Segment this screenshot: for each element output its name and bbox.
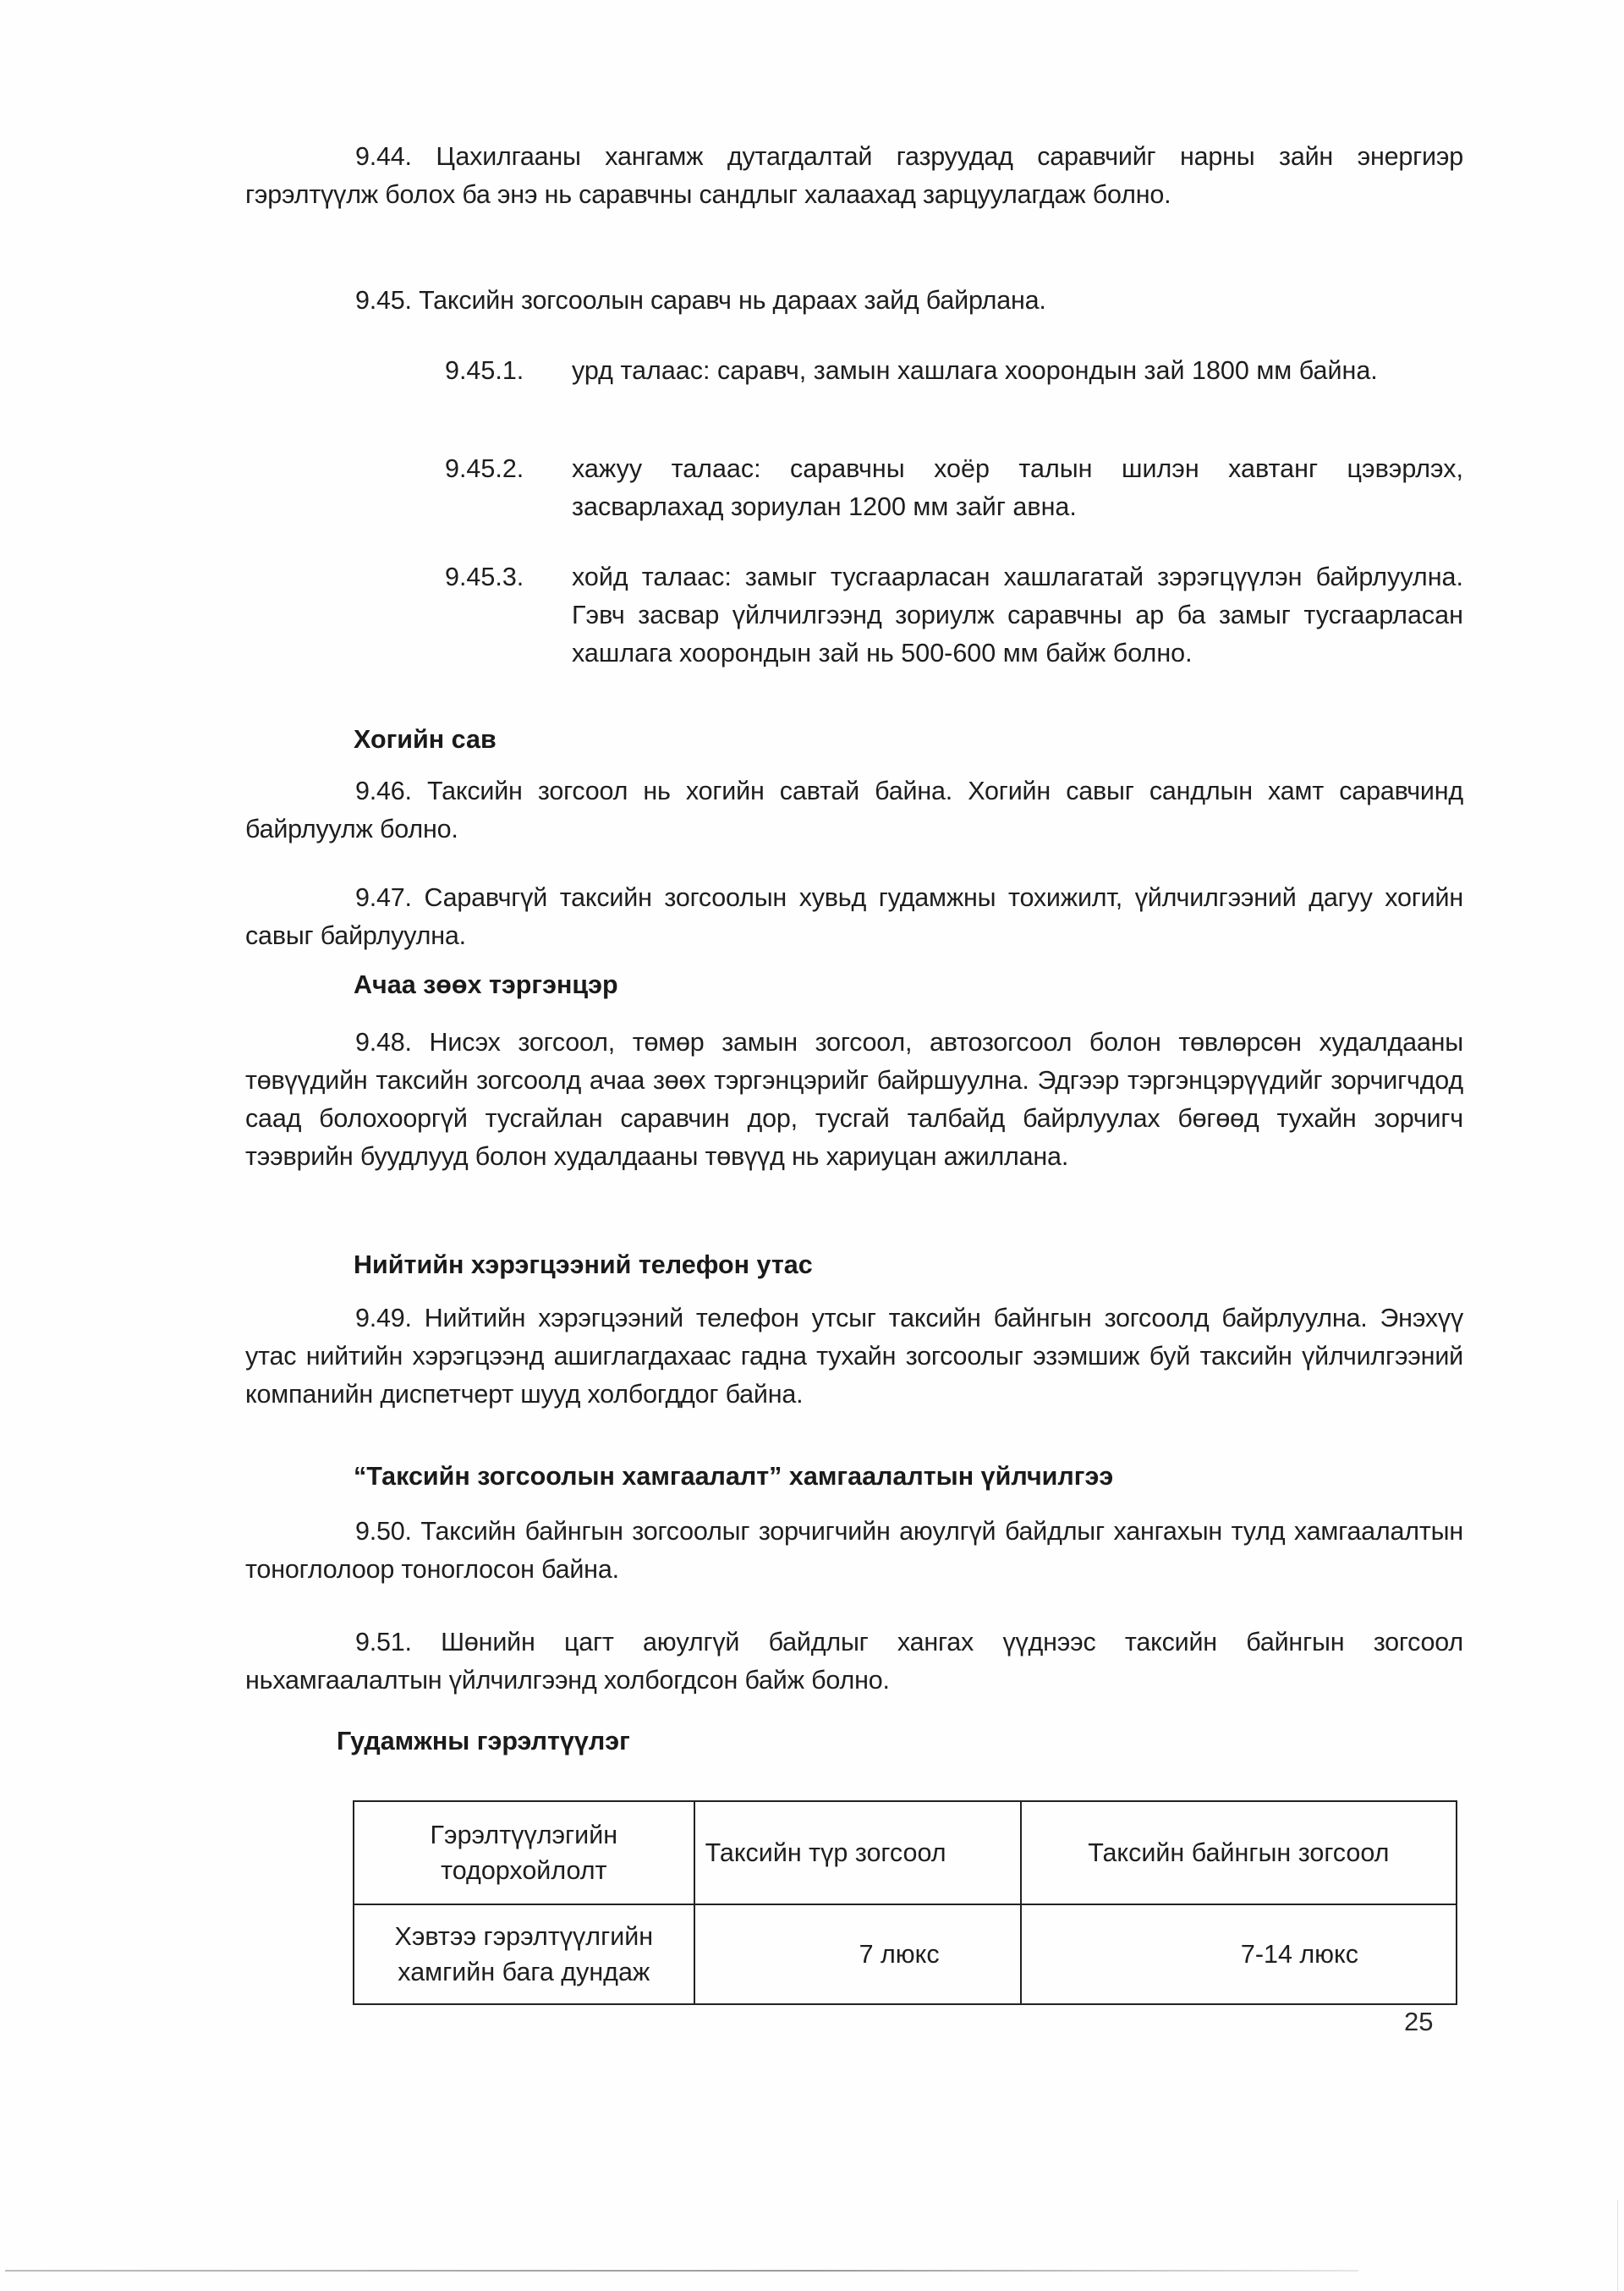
section-heading-luggage-cart: Ачаа зөөх тэргэнцэр — [354, 966, 618, 1004]
table-cell: 7-14 люкс — [1021, 1904, 1457, 2004]
subitem-number: 9.45.2. — [445, 450, 524, 488]
subitem-text: хажуу талаас: саравчны хоёр талын шилэн … — [572, 450, 1463, 526]
table-header-cell: Таксийн түр зогсоол — [694, 1801, 1021, 1904]
table-cell: Хэвтээ гэрэлтүүлгийн хамгийн бага дундаж — [354, 1904, 694, 2004]
paragraph-9-46: 9.46. Таксийн зогсоол нь хогийн савтай б… — [245, 772, 1463, 849]
subitem-number: 9.45.3. — [445, 558, 524, 596]
page-number: 25 — [1404, 2007, 1433, 2037]
paragraph-9-47: 9.47. Саравчгүй таксийн зогсоолын хувьд … — [245, 879, 1463, 955]
paragraph-9-48: 9.48. Нисэх зогсоол, төмөр замын зогсоол… — [245, 1024, 1463, 1176]
subitem-9-45-2: 9.45.2. хажуу талаас: саравчны хоёр талы… — [445, 450, 1463, 526]
subitem-number: 9.45.1. — [445, 352, 524, 390]
table-row: Хэвтээ гэрэлтүүлгийн хамгийн бага дундаж… — [354, 1904, 1457, 2004]
subitem-text: урд талаас: саравч, замын хашлага хоорон… — [572, 352, 1463, 390]
scan-edge-line — [1617, 2200, 1618, 2291]
table-header-cell: Гэрэлтүүлэгийн тодорхойлолт — [354, 1801, 694, 1904]
subitem-text: хойд талаас: замыг тусгаарласан хашлагат… — [572, 558, 1463, 673]
scan-edge-line — [5, 2270, 1358, 2272]
subitem-9-45-3: 9.45.3. хойд талаас: замыг тусгаарласан … — [445, 558, 1463, 673]
table-header-row: Гэрэлтүүлэгийн тодорхойлолт Таксийн түр … — [354, 1801, 1457, 1904]
paragraph-9-50: 9.50. Таксийн байнгын зогсоолыг зорчигчи… — [245, 1513, 1463, 1589]
lighting-table: Гэрэлтүүлэгийн тодорхойлолт Таксийн түр … — [353, 1800, 1457, 2005]
paragraph-9-44: 9.44. Цахилгааны хангамж дутагдалтай газ… — [245, 138, 1463, 214]
document-page: 9.44. Цахилгааны хангамж дутагдалтай газ… — [0, 0, 1624, 2291]
table-cell: 7 люкс — [694, 1904, 1021, 2004]
table-header-cell: Таксийн байнгын зогсоол — [1021, 1801, 1457, 1904]
paragraph-9-45: 9.45. Таксийн зогсоолын саравч нь дараах… — [355, 282, 1455, 320]
paragraph-9-49: 9.49. Нийтийн хэрэгцээний телефон утсыг … — [245, 1299, 1463, 1414]
paragraph-9-51: 9.51. Шөнийн цагт аюулгүй байдлыг хангах… — [245, 1623, 1463, 1700]
subitem-9-45-1: 9.45.1. урд талаас: саравч, замын хашлаг… — [445, 352, 1463, 390]
section-heading-street-lighting: Гудамжны гэрэлтүүлэг — [337, 1722, 630, 1761]
section-heading-security-service: “Таксийн зогсоолын хамгаалалт” хамгаалал… — [354, 1458, 1113, 1496]
section-heading-public-telephone: Нийтийн хэрэгцээний телефон утас — [354, 1246, 813, 1284]
section-heading-trash-bin: Хогийн сав — [354, 721, 497, 759]
